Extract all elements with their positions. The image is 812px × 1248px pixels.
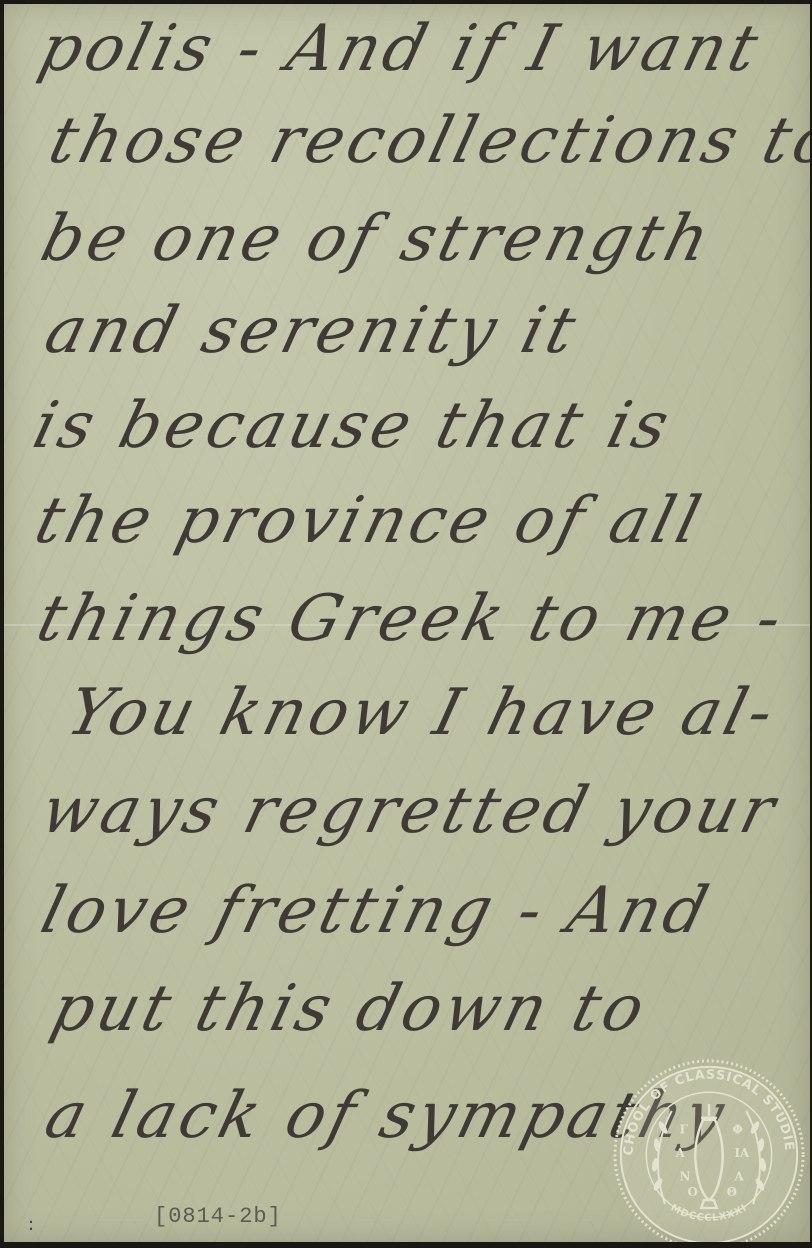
handwritten-line-9: ways regretted your [34, 774, 786, 848]
svg-text:Ν: Ν [680, 1169, 691, 1183]
svg-text:Α: Α [733, 1169, 744, 1183]
svg-text:Φ: Φ [733, 1122, 743, 1136]
handwritten-line-8: You know I have al- [60, 676, 785, 750]
handwritten-line-4: and serenity it [38, 294, 586, 368]
svg-text:Θ: Θ [727, 1185, 737, 1199]
svg-text:ΙΑ: ΙΑ [734, 1146, 749, 1160]
svg-text:Γ: Γ [680, 1122, 689, 1136]
handwritten-line-2: those recollections to [42, 104, 810, 178]
svg-text:Ο: Ο [687, 1185, 697, 1199]
svg-text:Α: Α [675, 1146, 686, 1160]
archive-reference-label: [0814-2b] [154, 1204, 282, 1229]
handwritten-line-10: love fretting - And [34, 874, 719, 948]
letter-page: polis - And if I want those recollection… [4, 4, 810, 1242]
handwritten-line-7: things Greek to me - [30, 582, 793, 656]
margin-mark: : [28, 1214, 34, 1235]
handwritten-line-11: put this down to [44, 972, 655, 1046]
embossed-seal-icon: AMERICAN SCHOOL OF CLASSICAL STUDIES AT … [611, 1057, 807, 1242]
handwritten-line-5: is because that is [26, 389, 680, 463]
handwritten-line-1: polis - And if I want [32, 12, 769, 86]
handwritten-line-3: be one of strength [34, 202, 720, 276]
handwritten-line-6: the province of all [28, 484, 711, 558]
